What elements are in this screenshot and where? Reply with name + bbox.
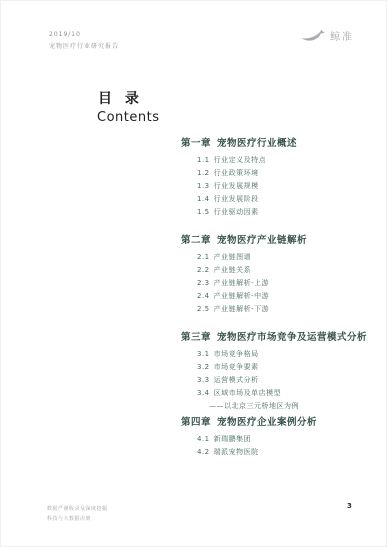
page-meta: 2019/10 宠物医疗行业研究报告 [49,31,119,51]
toc-item: 1.3行业发展规模 [181,180,371,193]
toc-item: 2.1产业链图谱 [181,251,371,264]
report-date: 2019/10 [49,31,119,39]
toc-item-number: 3.2 [197,363,210,371]
toc-item: 4.2瑞派宠物医院 [181,446,371,459]
toc-item: 3.2市场竞争要素 [181,361,371,374]
toc-item-label: 行业发展阶段 [214,195,259,203]
chapter-4: 第四章宠物医疗企业案例分析 4.1新瑞鹏集团 4.2瑞派宠物医院 [181,417,371,459]
toc-item-number: 1.3 [197,182,210,190]
toc-item-label: 行业定义及特点 [214,156,267,164]
report-page: 2019/10 宠物医疗行业研究报告 鲸准 目 录 Contents 第一章宠物… [1,1,386,546]
chapter-title: 宠物医疗产业链解析 [217,235,307,246]
toc-item: 1.4行业发展阶段 [181,193,371,206]
toc-item-label: 行业政策环境 [214,169,259,177]
report-title: 宠物医疗行业研究报告 [49,43,119,51]
toc-item-label: 行业发展规模 [214,182,259,190]
toc-item-number: 2.4 [197,292,210,300]
toc-item: 2.2产业链关系 [181,264,371,277]
toc-item-label: 瑞派宠物医院 [214,448,259,456]
toc-item-number: 4.1 [197,435,210,443]
toc-item-label: 市场竞争格局 [214,350,259,358]
toc-item: 3.1市场竞争格局 [181,348,371,361]
toc-item-subnote: ——以北京三元桥地区为例 [181,400,371,413]
chapter-3: 第三章宠物医疗市场竞争及运营模式分析 3.1市场竞争格局 3.2市场竞争要素 3… [181,332,371,413]
chapter-label: 第一章 [181,138,211,149]
toc-item-label: 产业链解析-上游 [214,279,270,287]
brand-logo: 鲸准 [299,26,354,44]
toc-item-number: 2.1 [197,253,210,261]
toc-item-number: 4.2 [197,448,210,456]
toc-title-en: Contents [97,110,159,125]
chapter-title: 宠物医疗行业概述 [217,138,297,149]
toc-item-number: 2.5 [197,305,210,313]
toc-title-zh: 目 录 [98,88,143,108]
toc-item-label: 产业链解析-下游 [214,305,270,313]
footer-line-2: 科技与大数据决策 [47,514,108,524]
brand-name: 鲸准 [330,28,354,43]
toc-item-number: 3.3 [197,376,210,384]
toc-item: 2.4产业链解析-中游 [181,290,371,303]
toc-item: 1.2行业政策环境 [181,167,371,180]
toc-item-label: 区域市场及单店模型 [214,389,282,397]
toc-item-number: 1.4 [197,195,210,203]
footer-note: 数据严谨收录及深度挖掘 科技与大数据决策 [47,504,108,524]
toc-item-label: 运营模式分析 [214,376,259,384]
chapter-title: 宠物医疗市场竞争及运营模式分析 [217,332,367,343]
chapter-4-heading: 第四章宠物医疗企业案例分析 [181,417,371,429]
toc-item-number: 3.4 [197,389,210,397]
chapter-3-heading: 第三章宠物医疗市场竞争及运营模式分析 [181,332,371,344]
chapter-2: 第二章宠物医疗产业链解析 2.1产业链图谱 2.2产业链关系 2.3产业链解析-… [181,235,371,316]
toc-item-number: 2.2 [197,266,210,274]
toc-chapter-list: 第一章宠物医疗行业概述 1.1行业定义及特点 1.2行业政策环境 1.3行业发展… [181,138,371,475]
toc-item-number: 3.1 [197,350,210,358]
toc-item: 2.3产业链解析-上游 [181,277,371,290]
toc-item-number: 1.2 [197,169,210,177]
chapter-title: 宠物医疗企业案例分析 [217,417,317,428]
toc-item-label: 行业驱动因素 [214,208,259,216]
toc-item: 1.1行业定义及特点 [181,154,371,167]
toc-item-label: 产业链解析-中游 [214,292,270,300]
chapter-1-heading: 第一章宠物医疗行业概述 [181,138,371,150]
toc-item-number: 1.5 [197,208,210,216]
toc-item-label: 新瑞鹏集团 [214,435,252,443]
toc-item: 3.3运营模式分析 [181,374,371,387]
chapter-1: 第一章宠物医疗行业概述 1.1行业定义及特点 1.2行业政策环境 1.3行业发展… [181,138,371,219]
chapter-label: 第四章 [181,417,211,428]
chapter-label: 第二章 [181,235,211,246]
toc-item: 1.5行业驱动因素 [181,206,371,219]
toc-item: 2.5产业链解析-下游 [181,303,371,316]
chapter-label: 第三章 [181,332,211,343]
toc-item-label: 产业链关系 [214,266,252,274]
toc-item: 3.4区域市场及单店模型 [181,387,371,400]
toc-item-label: 产业链图谱 [214,253,252,261]
toc-item-number: 1.1 [197,156,210,164]
whale-icon [299,26,325,44]
toc-item-label: 市场竞争要素 [214,363,259,371]
chapter-2-heading: 第二章宠物医疗产业链解析 [181,235,371,247]
footer-line-1: 数据严谨收录及深度挖掘 [47,504,108,514]
toc-item: 4.1新瑞鹏集团 [181,433,371,446]
toc-item-number: 2.3 [197,279,210,287]
page-number: 3 [347,502,352,510]
